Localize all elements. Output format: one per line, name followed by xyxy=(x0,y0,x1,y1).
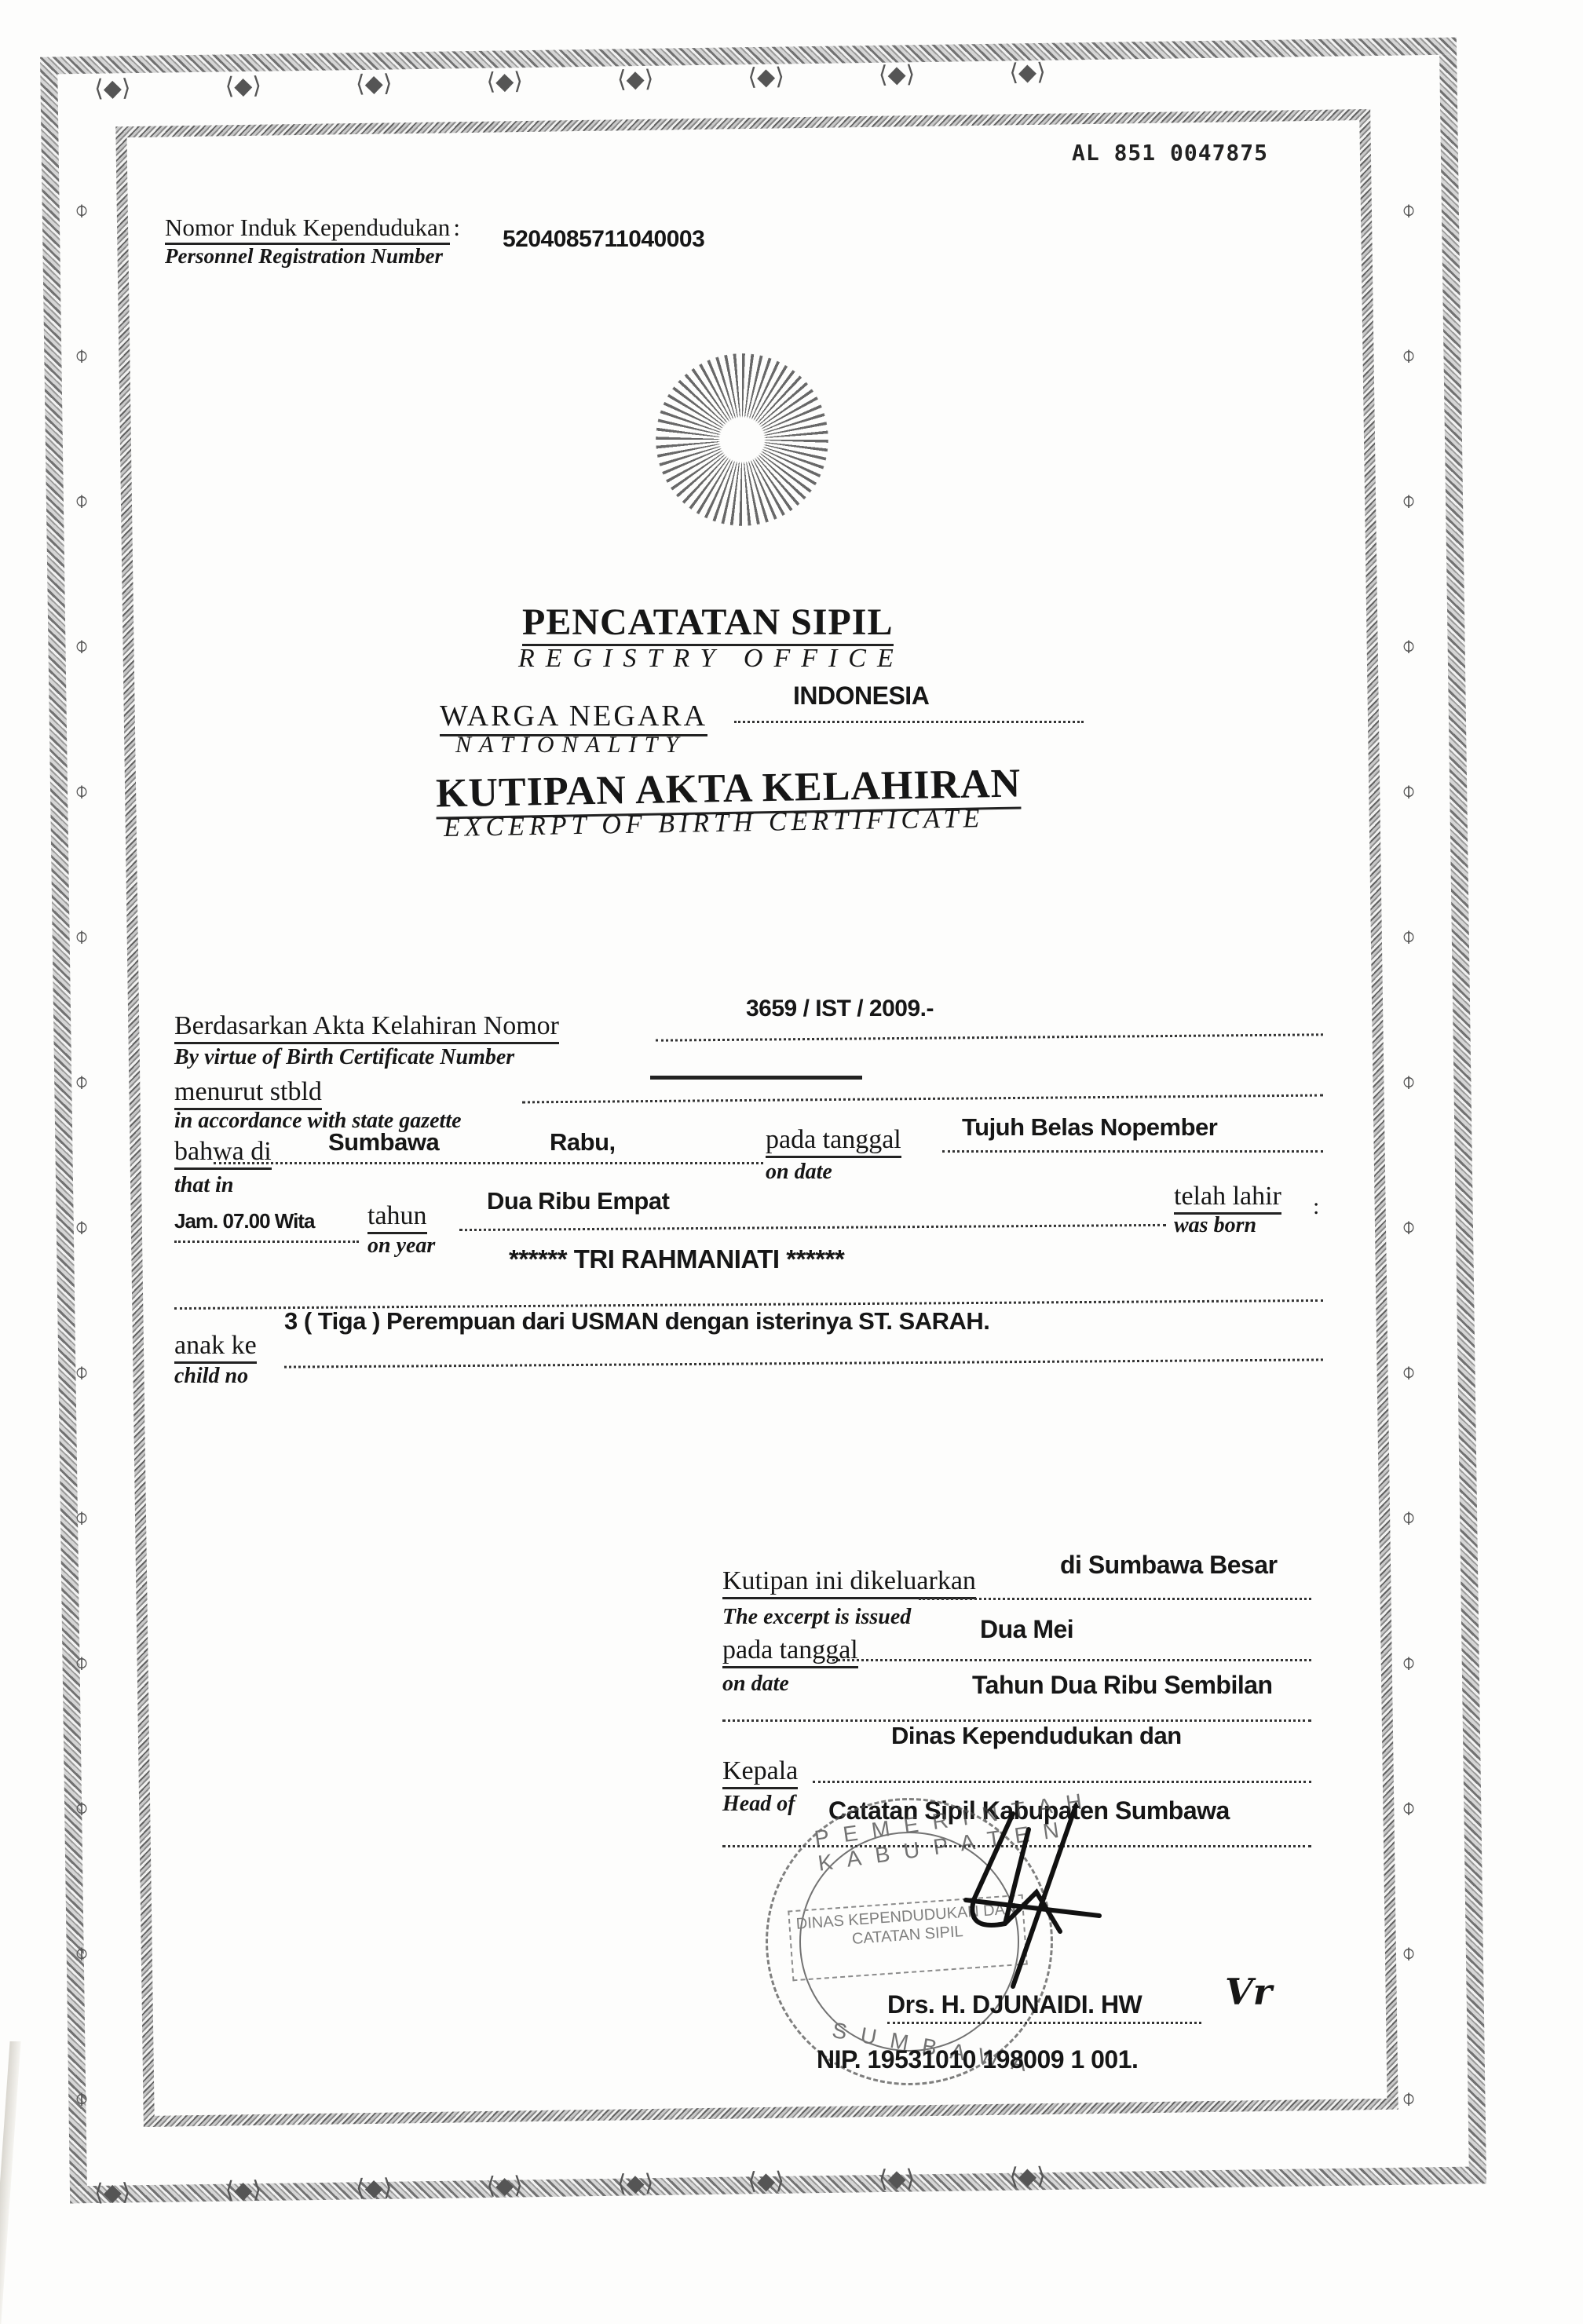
child-name-value: ****** TRI RAHMANIATI ****** xyxy=(509,1244,844,1274)
certificate-number-label-text: Berdasarkan Akta Kelahiran Nomor xyxy=(174,1012,559,1044)
birth-time-value: Jam. 07.00 Wita xyxy=(174,1209,314,1233)
nik-label-group: Nomor Induk Kependudukan : Personnel Reg… xyxy=(165,214,460,268)
office-title: PENCATATAN SIPIL xyxy=(522,601,894,646)
head-of-value-line1: Dinas Kependudukan dan xyxy=(891,1722,1182,1750)
nik-value: 5204085711040003 xyxy=(503,226,704,253)
issued-date-value: Dua Mei xyxy=(980,1615,1073,1644)
birth-year-value: Dua Ribu Empat xyxy=(487,1187,669,1215)
serial-number: AL 851 0047875 xyxy=(1072,140,1268,166)
stbld-blank-bar xyxy=(650,1076,862,1080)
issued-date-label-text: pada tanggal xyxy=(722,1636,858,1668)
official-name: Drs. H. DJUNAIDI. HW xyxy=(887,1990,1142,2019)
official-name-dotted-line xyxy=(887,2022,1201,2024)
nationality-label-en: NATIONALITY xyxy=(455,732,686,758)
head-label: Kepala xyxy=(722,1756,798,1789)
issued-label-en: The excerpt is issued xyxy=(722,1606,911,1630)
certificate-number-value: 3659 / IST / 2009.- xyxy=(746,996,934,1022)
nationality-dotted-line xyxy=(734,721,1084,723)
head-dotted-line-1 xyxy=(813,1781,1311,1783)
born-label-en: was born xyxy=(1174,1214,1256,1238)
birth-date-value: Tujuh Belas Nopember xyxy=(962,1113,1217,1142)
issued-label-text: Kutipan ini dikeluarkan xyxy=(722,1567,976,1599)
head-label-en: Head of xyxy=(722,1792,795,1817)
born-separator: : xyxy=(1313,1193,1319,1220)
born-label: telah lahir xyxy=(1174,1182,1281,1215)
nationality-label: WARGA NEGARA xyxy=(440,699,707,736)
birth-date-label: pada tanggal xyxy=(766,1125,901,1158)
ornament-col-right: ⌽⌽⌽⌽⌽⌽⌽⌽⌽⌽⌽⌽⌽⌽ xyxy=(1402,196,1416,2112)
nationality-value: INDONESIA xyxy=(793,681,929,711)
certificate-number-label-en: By virtue of Birth Certificate Number xyxy=(174,1046,514,1070)
garuda-emblem-icon xyxy=(656,353,828,526)
stbld-label-text: menurut stbld xyxy=(174,1078,322,1110)
issued-date-label-en: on date xyxy=(722,1672,789,1697)
signature-icon xyxy=(919,1798,1123,2018)
certificate-number-label: Berdasarkan Akta Kelahiran Nomor xyxy=(174,1011,559,1044)
birth-year-label: tahun xyxy=(367,1201,427,1234)
ornament-col-left: ⌽⌽⌽⌽⌽⌽⌽⌽⌽⌽⌽⌽⌽⌽ xyxy=(75,196,89,2112)
head-label-text: Kepala xyxy=(722,1757,798,1789)
place-label-en: that in xyxy=(174,1174,233,1198)
born-label-text: telah lahir xyxy=(1174,1182,1281,1215)
child-order-value: 3 ( Tiga ) Perempuan dari USMAN dengan i… xyxy=(284,1307,989,1336)
birth-date-label-text: pada tanggal xyxy=(766,1126,901,1158)
issued-place-value: di Sumbawa Besar xyxy=(1060,1551,1278,1580)
birth-year-label-text: tahun xyxy=(367,1202,427,1234)
birth-date-label-en: on date xyxy=(766,1160,832,1185)
stbld-label: menurut stbld xyxy=(174,1077,322,1110)
paraf-initials: Vr xyxy=(1225,1971,1272,2013)
child-order-label-en: child no xyxy=(174,1365,248,1389)
issued-place-dotted-line xyxy=(919,1598,1311,1600)
day-value: Rabu, xyxy=(550,1128,616,1157)
nik-separator: : xyxy=(453,214,460,241)
place-label-text: bahwa di xyxy=(174,1138,272,1170)
office-title-en: REGISTRY OFFICE xyxy=(518,644,905,674)
birth-date-dotted-line xyxy=(942,1150,1323,1153)
place-label: bahwa di xyxy=(174,1137,272,1170)
birth-year-label-en: on year xyxy=(367,1234,435,1259)
child-order-label: anak ke xyxy=(174,1331,257,1364)
issued-label: Kutipan ini dikeluarkan xyxy=(722,1566,976,1599)
nik-label-en: Personnel Registration Number xyxy=(165,245,460,269)
official-nip: NIP. 19531010 198009 1 001. xyxy=(817,2045,1138,2074)
nik-label: Nomor Induk Kependudukan xyxy=(165,215,450,245)
issued-year-value: Tahun Dua Ribu Sembilan xyxy=(972,1671,1273,1700)
place-dotted-line xyxy=(214,1162,763,1164)
issued-date-dotted-line xyxy=(832,1659,1311,1661)
place-value: Sumbawa xyxy=(328,1128,439,1157)
birth-time-dotted-line xyxy=(174,1241,359,1243)
paper-edge xyxy=(0,2041,21,2324)
issued-date-label: pada tanggal xyxy=(722,1635,858,1668)
child-order-label-text: anak ke xyxy=(174,1332,257,1364)
